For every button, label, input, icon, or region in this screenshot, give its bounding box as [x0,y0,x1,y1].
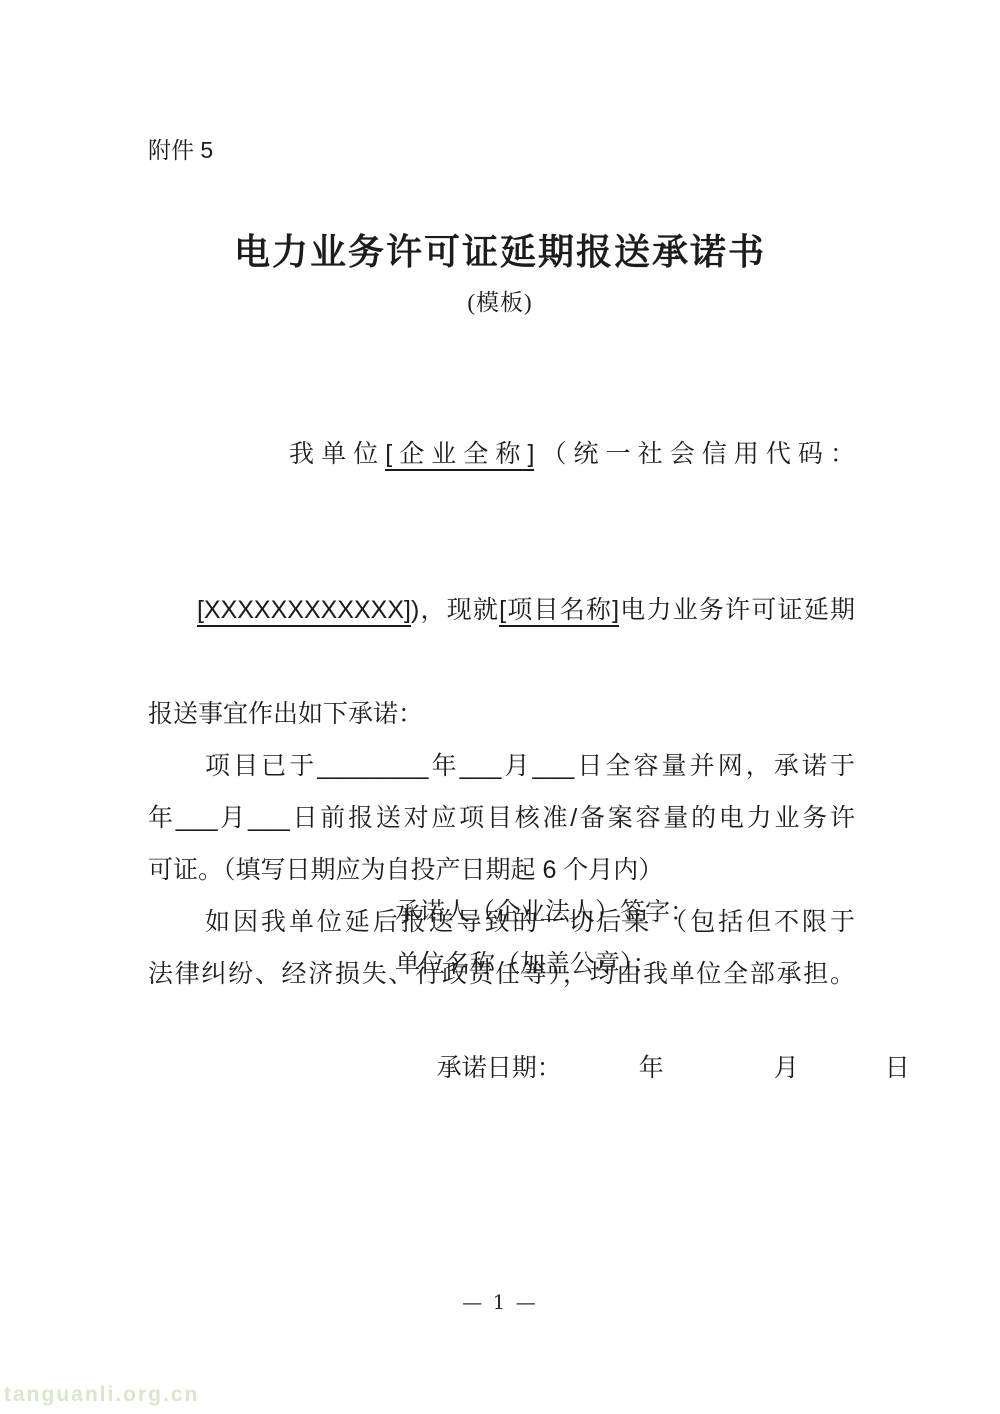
watermark-text: tanguanli.org.cn [4,1383,199,1407]
document-subtitle: (模板) [0,284,1000,317]
project-name-blank: [项目名称] [499,596,619,627]
signature-block: 承诺人（企业法人）签字： 单位名称（加盖公章）： 承诺日期：年月日 [395,886,910,1146]
date-label: 承诺日期： [437,1054,562,1082]
attachment-label: 附件 5 [148,132,213,165]
document-title: 电力业务许可证延期报送承诺书 [0,224,1000,275]
date-month-unit: 月 [774,1054,799,1082]
p1-text: 我单位 [289,440,385,468]
paragraph-2-line-2: 年___月___日前报送对应项目核准/备案容量的电力业务许 [148,792,855,844]
credit-code-blank: [XXXXXXXXXXXX] [197,596,411,627]
paragraph-1-line-3: 报送事宜作出如下承诺： [148,688,855,740]
commitment-date-line: 承诺日期：年月日 [395,990,910,1146]
company-name-blank: [企业全称] [385,440,534,471]
page-number: — 1 — [0,1290,1000,1314]
p1-text: （统一社会信用代码： [534,440,855,468]
date-day-unit: 日 [885,1054,910,1082]
document-page: 附件 5 电力业务许可证延期报送承诺书 (模板) 我单位[企业全称]（统一社会信… [0,0,1000,1414]
p1-text: 电力业务许可证延期 [619,596,855,624]
signer-signature-line: 承诺人（企业法人）签字： [395,886,910,938]
paragraph-1-line-1: 我单位[企业全称]（统一社会信用代码： [148,376,855,532]
p1-text: )，现就 [411,596,499,624]
paragraph-2-line-1: 项目已于________年___月___日全容量并网，承诺于 [148,740,855,792]
date-year-unit: 年 [639,1054,664,1082]
paragraph-1-line-2: [XXXXXXXXXXXX])，现就[项目名称]电力业务许可证延期 [148,532,855,688]
company-seal-line: 单位名称（加盖公章）： [395,938,910,990]
